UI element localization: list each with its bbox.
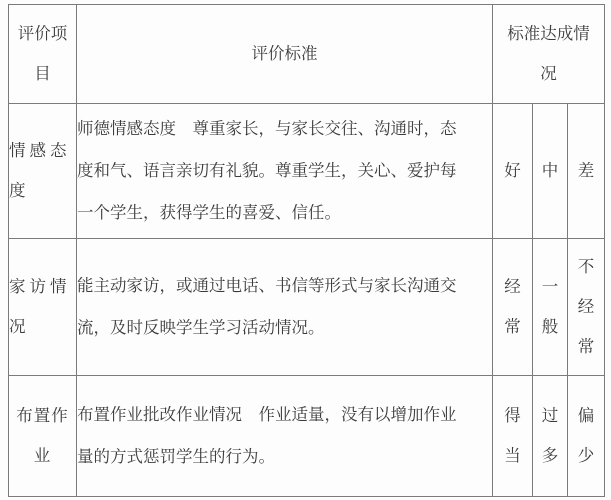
- rating-label: 得 当: [493, 396, 532, 476]
- rating-label: 不 经 常: [568, 247, 604, 367]
- header-cell-item: 评价项 目: [9, 5, 77, 104]
- row-item-cell: 情感态 度: [9, 104, 77, 239]
- table-row-home-visits: 家访情 况 能主动家访，或通过电话、书信等形式与家长沟通交 流，及时反映学生学习…: [9, 239, 605, 376]
- rating-cell-appropriate: 得 当: [493, 376, 533, 497]
- row-standard-text: 布置作业批改作业情况 作业适量，没有以增加作业 量的方式惩罚学生的行为。: [77, 394, 492, 478]
- rating-label: 过 多: [533, 396, 567, 476]
- rating-cell-average: 一 般: [533, 239, 568, 376]
- rating-label: 一 般: [533, 267, 567, 347]
- rating-label: 好: [493, 151, 532, 191]
- rating-label: 偏 少: [568, 396, 604, 476]
- rating-cell-too-little: 偏 少: [568, 376, 605, 497]
- rating-label: 经 常: [493, 267, 532, 347]
- row-item-cell: 家访情 况: [9, 239, 77, 376]
- rating-label: 中: [533, 151, 567, 191]
- table-header-row: 评价项 目 评价标准 标准达成情 况: [9, 5, 605, 104]
- rating-cell-poor: 差: [568, 104, 605, 239]
- header-standard-label: 评价标准: [77, 34, 492, 74]
- row-standard-text: 能主动家访，或通过电话、书信等形式与家长沟通交 流，及时反映学生学习活动情况。: [77, 265, 492, 349]
- header-cell-standard: 评价标准: [77, 5, 493, 104]
- row-standard-cell: 师德情感态度 尊重家长，与家长交往、沟通时，态 度和气、语言亲切有礼貌。尊重学生…: [77, 104, 493, 239]
- row-standard-cell: 能主动家访，或通过电话、书信等形式与家长沟通交 流，及时反映学生学习活动情况。: [77, 239, 493, 376]
- table-row-homework: 布置作 业 布置作业批改作业情况 作业适量，没有以增加作业 量的方式惩罚学生的行…: [9, 376, 605, 497]
- header-achievement-label: 标准达成情 况: [493, 14, 604, 94]
- table-row-emotional-attitude: 情感态 度 师德情感态度 尊重家长，与家长交往、沟通时，态 度和气、语言亲切有礼…: [9, 104, 605, 239]
- rating-cell-medium: 中: [533, 104, 568, 239]
- rating-cell-rarely: 不 经 常: [568, 239, 605, 376]
- header-item-label: 评价项 目: [9, 14, 76, 94]
- rating-label: 差: [568, 151, 604, 191]
- rating-cell-good: 好: [493, 104, 533, 239]
- row-standard-cell: 布置作业批改作业情况 作业适量，没有以增加作业 量的方式惩罚学生的行为。: [77, 376, 493, 497]
- header-cell-achievement: 标准达成情 况: [493, 5, 605, 104]
- row-item-label: 布置作 业: [9, 396, 76, 476]
- row-item-cell: 布置作 业: [9, 376, 77, 497]
- row-standard-text: 师德情感态度 尊重家长，与家长交往、沟通时，态 度和气、语言亲切有礼貌。尊重学生…: [77, 108, 492, 234]
- row-item-label: 情感态 度: [9, 131, 76, 211]
- document-page: 评价项 目 评价标准 标准达成情 况 情感态 度 师德情感态度 尊重家长，与家长…: [0, 0, 611, 500]
- rating-cell-too-much: 过 多: [533, 376, 568, 497]
- evaluation-table: 评价项 目 评价标准 标准达成情 况 情感态 度 师德情感态度 尊重家长，与家长…: [8, 4, 605, 497]
- rating-cell-often: 经 常: [493, 239, 533, 376]
- row-item-label: 家访情 况: [9, 267, 76, 347]
